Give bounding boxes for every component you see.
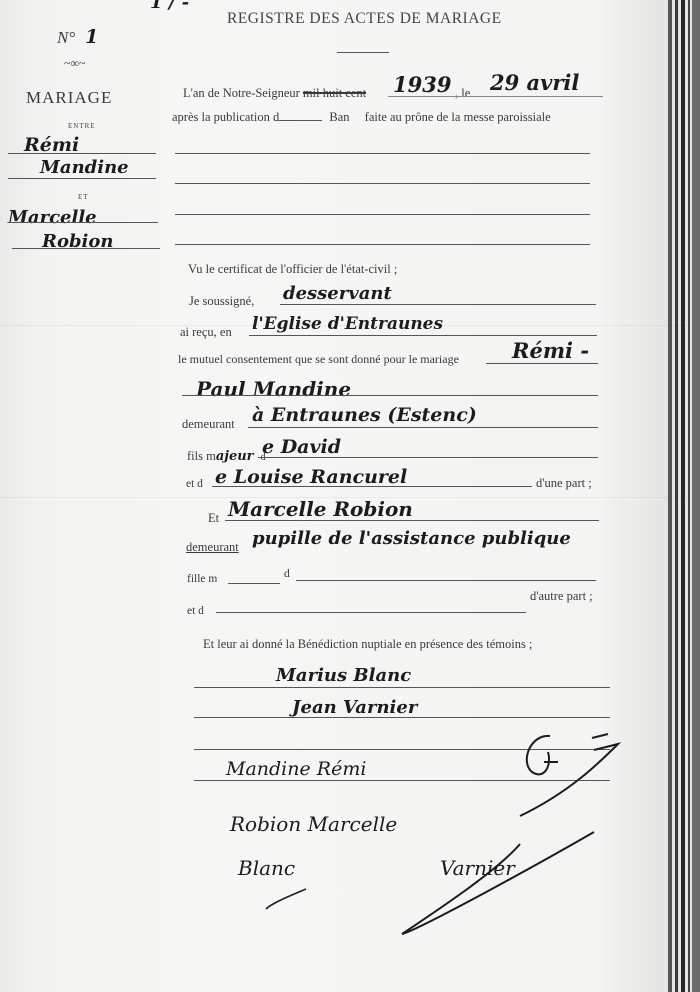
date-sep: , le <box>455 86 470 101</box>
rule <box>194 687 610 688</box>
year-struck: mil huit cent <box>303 86 366 100</box>
bride-name: Marcelle Robion <box>228 497 413 521</box>
and-d-label: et d <box>187 605 204 617</box>
publication-line: après la publication d Ban faite au prôn… <box>172 110 551 125</box>
year-value: 1939 <box>393 72 451 97</box>
between-label: ENTRE <box>68 122 96 130</box>
undersigned-value: desservant <box>283 283 392 304</box>
priest-signature <box>510 722 640 832</box>
act-number: N° 1 <box>57 26 98 48</box>
date-value: 29 avril <box>490 70 579 95</box>
groom-signature: Mandine Rémi <box>226 758 366 780</box>
mariage-heading: MARIAGE <box>26 88 112 108</box>
varnier-flourish <box>398 830 598 940</box>
rule <box>212 486 532 487</box>
benediction-line: Et leur ai donné la Bénédiction nuptiale… <box>203 637 532 652</box>
rule <box>248 427 598 428</box>
rule <box>280 304 596 305</box>
binding-edge <box>664 0 700 992</box>
bride-residence-label: demeurant <box>186 540 239 555</box>
rule <box>216 612 526 613</box>
received-label: ai reçu, en <box>180 325 232 340</box>
groom-last-margin: Mandine <box>40 157 129 178</box>
father-name: e David <box>262 436 341 458</box>
bride-signature: Robion Marcelle <box>230 812 397 836</box>
year-line: L'an de Notre-Seigneur mil huit cent <box>183 86 366 101</box>
rule <box>249 335 597 336</box>
and-label: ET <box>78 193 89 201</box>
number-value: 1 <box>85 26 98 48</box>
title-ornament <box>337 52 389 55</box>
blanc-flourish <box>262 885 322 915</box>
blank <box>279 120 322 121</box>
other-part-label: d'autre part ; <box>530 589 593 604</box>
certificate-line: Vu le certificat de l'officier de l'état… <box>188 262 397 277</box>
daughter-of-label: d <box>284 568 290 580</box>
consent-label: le mutuel consentement que se sont donné… <box>178 352 459 367</box>
rule <box>388 96 603 97</box>
rule <box>296 580 596 581</box>
son-label-hand: ajeur <box>216 449 254 464</box>
and-of-label: et d <box>186 478 203 490</box>
rule <box>8 153 156 154</box>
year-prefix: L'an de Notre-Seigneur <box>183 86 300 100</box>
number-label: N° <box>57 28 75 47</box>
rule <box>182 395 598 396</box>
witness-2: Jean Varnier <box>292 697 417 718</box>
groom-name-1: Rémi - <box>512 338 589 363</box>
rule <box>194 717 610 718</box>
rule <box>225 520 599 521</box>
son-label: fils majeur d <box>187 449 266 464</box>
groom-residence-label: demeurant <box>182 417 235 432</box>
ban-label: Ban <box>329 110 349 124</box>
page-title: REGISTRE DES ACTES DE MARIAGE <box>227 10 502 28</box>
rule <box>175 214 590 215</box>
daughter-label: fille m <box>187 573 217 585</box>
undersigned-label: Je soussigné, <box>189 294 254 309</box>
bride-residence-value: pupille de l'assistance publique <box>252 528 571 549</box>
top-mark: 1 / - <box>150 0 189 13</box>
ornament-small: ~∞~ <box>64 56 86 71</box>
groom-name-2: Paul Mandine <box>196 377 351 401</box>
rule <box>228 583 280 584</box>
groom-residence-value: à Entraunes (Estenc) <box>252 404 477 426</box>
rule <box>486 363 598 364</box>
witness-1: Marius Blanc <box>276 665 411 686</box>
witness-blanc-signature: Blanc <box>238 856 295 880</box>
prone-label: faite au prône de la messe paroissiale <box>365 110 551 124</box>
rule <box>175 183 590 184</box>
rule <box>8 222 158 223</box>
rule <box>258 457 598 458</box>
rule <box>12 248 160 249</box>
mother-name: e Louise Rancurel <box>215 466 407 488</box>
bride-first-margin: Marcelle <box>8 207 97 228</box>
bride-label: Et <box>208 511 219 526</box>
rule <box>8 178 156 179</box>
received-value: l'Eglise d'Entraunes <box>252 314 443 334</box>
rule <box>175 153 590 154</box>
publication-label: après la publication d <box>172 110 279 124</box>
rule <box>175 244 590 245</box>
one-part-label: d'une part ; <box>536 476 592 491</box>
son-label-print: fils m <box>187 449 216 463</box>
register-page: 1 / - N° 1 ~∞~ REGISTRE DES ACTES DE MAR… <box>0 0 700 992</box>
